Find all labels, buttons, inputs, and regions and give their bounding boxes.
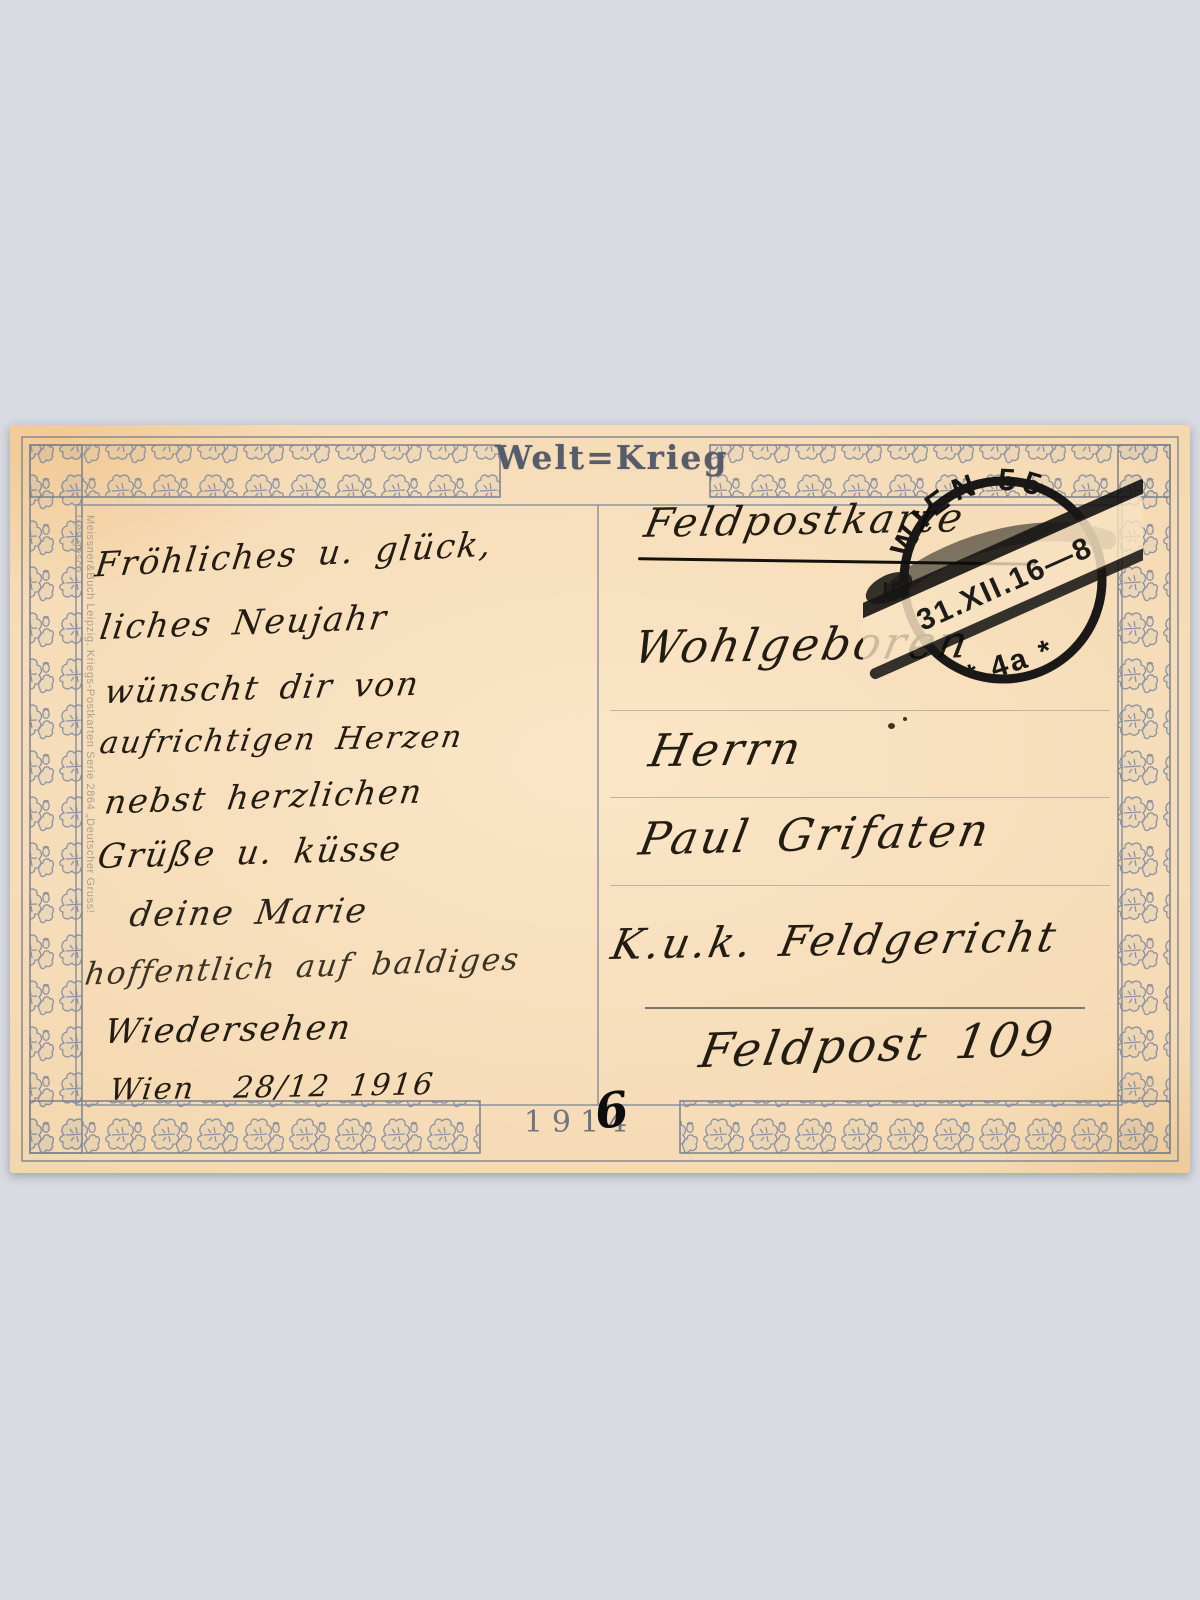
address-rule (645, 1007, 1085, 1009)
postmark-office-code: * 4a * (962, 633, 1059, 693)
photo-background: Meissner&Buch Leipzig. Kriegs-Postkarten… (0, 0, 1200, 1600)
address-rule (610, 885, 1110, 886)
message-line: aufrichtigen Herzen (97, 719, 466, 761)
ink-speck (888, 723, 895, 729)
address-rule (610, 797, 1110, 798)
printed-year: 1914 (480, 1105, 680, 1140)
message-date-line: Wien 28/12 1916 (108, 1067, 437, 1108)
address-line: Herrn (645, 722, 808, 778)
message-line: deine Marie (127, 891, 371, 935)
message-line: Wiedersehen (102, 1008, 355, 1052)
address-line: Paul Grifaten (635, 803, 996, 865)
publisher-imprint: Meissner&Buch Leipzig. Kriegs-Postkarten… (72, 515, 96, 945)
address-line: K.u.k. Feldgericht (607, 912, 1062, 969)
postmark-stamp: 5 WIEN 55 31.XII.16—8 * 4a * (863, 440, 1143, 720)
message-line: Grüße u. küsse (95, 829, 405, 877)
card-title: Welt=Krieg (495, 438, 705, 477)
postcard: Meissner&Buch Leipzig. Kriegs-Postkarten… (10, 425, 1190, 1173)
